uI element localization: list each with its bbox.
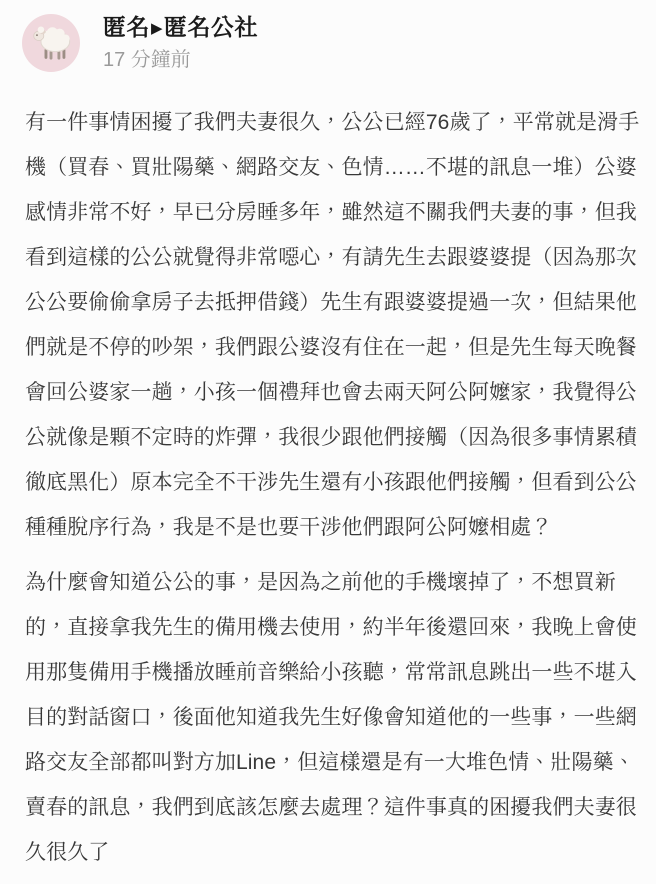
post-text-line: 有一件事情困擾了我們夫妻很久，公公已經76歲了，平常就是滑手 — [25, 100, 636, 145]
post-text-line: 看到這樣的公公就覺得非常噁心，有請先生去跟婆婆提（因為那次 — [25, 235, 636, 280]
post-text-line: 的，直接拿我先生的備用機去使用，約半年後還回來，我晚上會使 — [25, 605, 636, 650]
post-paragraph: 有一件事情困擾了我們夫妻很久，公公已經76歲了，平常就是滑手機（買春、買壯陽藥、… — [25, 100, 636, 550]
post-paragraph: 為什麼會知道公公的事，是因為之前他的手機壞掉了，不想買新的，直接拿我先生的備用機… — [25, 560, 636, 875]
avatar[interactable] — [22, 14, 80, 72]
post-text-line: 為什麼會知道公公的事，是因為之前他的手機壞掉了，不想買新 — [25, 560, 636, 605]
post-text-line: 徹底黑化）原本完全不干涉先生還有小孩跟他們接觸，但看到公公 — [25, 460, 636, 505]
post-text-line: 們就是不停的吵架，我們跟公婆沒有住在一起，但是先生每天晚餐 — [25, 325, 636, 370]
post-text-line: 公就像是顆不定時的炸彈，我很少跟他們接觸（因為很多事情累積 — [25, 415, 636, 460]
post-text-line: 機（買春、買壯陽藥、網路交友、色情……不堪的訊息一堆）公婆 — [25, 145, 636, 190]
post-text-line: 用那隻備用手機播放睡前音樂給小孩聽，常常訊息跳出一些不堪入 — [25, 650, 636, 695]
anonymous-author-label: 匿名 — [103, 14, 150, 40]
post-header-text: 匿名▶匿名公社 17 分鐘前 — [103, 13, 258, 73]
post-timestamp: 17 分鐘前 — [103, 47, 258, 73]
post-body: 有一件事情困擾了我們夫妻很久，公公已經76歲了，平常就是滑手機（買春、買壯陽藥、… — [0, 73, 656, 875]
post-author-board[interactable]: 匿名▶匿名公社 — [103, 13, 258, 45]
post-text-line: 久很久了 — [25, 830, 636, 875]
post-text-line: 種種脫序行為，我是不是也要干涉他們跟阿公阿嬤相處？ — [25, 505, 636, 550]
post-text-line: 公公要偷偷拿房子去抵押借錢）先生有跟婆婆提過一次，但結果他 — [25, 280, 636, 325]
board-name[interactable]: 匿名公社 — [164, 14, 258, 40]
post-header: 匿名▶匿名公社 17 分鐘前 — [0, 0, 656, 73]
sheep-icon — [28, 20, 74, 66]
post-text-line: 路交友全部都叫對方加Line，但這樣還是有一大堆色情、壯陽藥、 — [25, 740, 636, 785]
board-arrow-icon: ▶ — [151, 15, 163, 43]
post-text-line: 目的對話窗口，後面他知道我先生好像會知道他的一些事，一些網 — [25, 695, 636, 740]
post-text-line: 感情非常不好，早已分房睡多年，雖然這不關我們夫妻的事，但我 — [25, 190, 636, 235]
post-text-line: 賣春的訊息，我們到底該怎麼去處理？這件事真的困擾我們夫妻很 — [25, 785, 636, 830]
post-text-line: 會回公婆家一趟，小孩一個禮拜也會去兩天阿公阿嬤家，我覺得公 — [25, 370, 636, 415]
